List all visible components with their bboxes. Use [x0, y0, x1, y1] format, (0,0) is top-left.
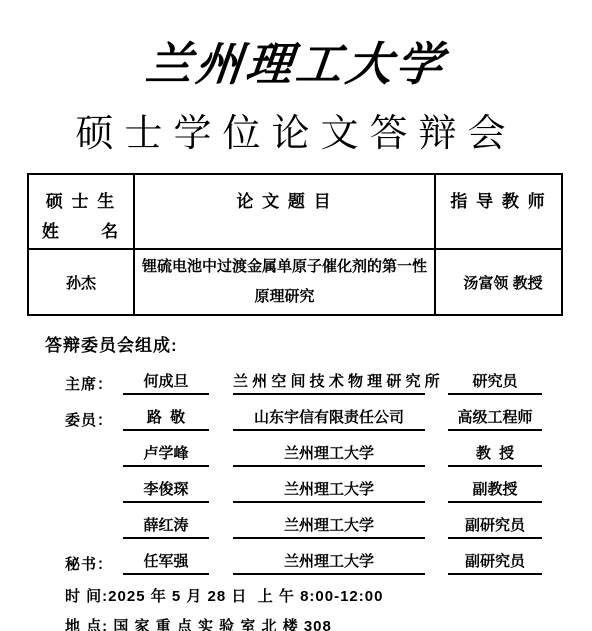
member-organization-field: 兰 州 空 间 技 术 物 理 研 究 所: [233, 372, 425, 395]
committee-row-member-3: 李俊琛 兰州理工大学 副教授: [65, 480, 592, 503]
header-student-line1: 硕 士 生: [29, 187, 133, 217]
role-label: 委员：: [65, 411, 117, 431]
committee-row-member-1: 委员： 路 敬 山东宇信有限责任公司 高级工程师: [65, 408, 592, 431]
role-label: 秘书：: [65, 555, 117, 575]
committee-heading: 答辩委员会组成:: [45, 331, 592, 356]
thesis-title-line1: 锂硫电池中过渡金属单原子催化剂的第一性: [135, 252, 434, 282]
thesis-title-line2: 原理研究: [135, 282, 434, 312]
committee-row-secretary: 秘书： 任军强 兰州理工大学 副研究员: [65, 552, 592, 575]
member-organization-field: 兰州理工大学: [233, 516, 425, 539]
member-organization-field: 兰州理工大学: [233, 552, 425, 575]
committee-row-member-2: 卢学峰 兰州理工大学 教 授: [65, 444, 592, 467]
member-name-field: 薛红涛: [123, 516, 209, 539]
role-label: 主席：: [65, 375, 117, 395]
header-cell-student-name: 硕 士 生 姓 名: [28, 174, 134, 249]
defense-time: 时 间:2025 年 5 月 28 日 上 午 8:00-12:00: [65, 588, 592, 606]
advisor-name-cell: 汤富领 教授: [435, 249, 562, 315]
member-title-field: 高级工程师: [448, 408, 542, 431]
document-page: 兰州理工大学 硕士学位论文答辩会 硕 士 生 姓 名 论 文 题 目 指 导 教…: [0, 0, 592, 631]
committee-row-member-4: 薛红涛 兰州理工大学 副研究员: [65, 516, 592, 539]
table-data-row: 孙杰 锂硫电池中过渡金属单原子催化剂的第一性 原理研究 汤富领 教授: [28, 249, 562, 315]
table-header-row: 硕 士 生 姓 名 论 文 题 目 指 导 教 师: [28, 174, 562, 249]
thesis-info-table: 硕 士 生 姓 名 论 文 题 目 指 导 教 师 孙杰 锂硫电池中过渡金属单原…: [27, 173, 563, 316]
member-title-field: 研究员: [448, 372, 542, 395]
committee-row-chair: 主席： 何成旦 兰 州 空 间 技 术 物 理 研 究 所 研究员: [65, 372, 592, 395]
member-name-field: 何成旦: [123, 372, 209, 395]
page-title: 硕士学位论文答辩会: [0, 108, 592, 160]
member-title-field: 副研究员: [448, 552, 542, 575]
school-calligraphy-logo: 兰州理工大学: [0, 30, 592, 98]
member-organization-field: 山东宇信有限责任公司: [233, 408, 425, 431]
header-student-line2: 姓 名: [29, 217, 133, 247]
defense-location: 地 点: 国 家 重 点 实 验 室 北 楼 308: [65, 618, 592, 631]
member-name-field: 卢学峰: [123, 444, 209, 467]
thesis-title-cell: 锂硫电池中过渡金属单原子催化剂的第一性 原理研究: [134, 249, 435, 315]
member-organization-field: 兰州理工大学: [233, 444, 425, 467]
member-title-field: 教 授: [448, 444, 542, 467]
header-cell-thesis-title: 论 文 题 目: [134, 174, 435, 249]
member-organization-field: 兰州理工大学: [233, 480, 425, 503]
member-title-field: 副教授: [448, 480, 542, 503]
header-cell-advisor: 指 导 教 师: [435, 174, 562, 249]
member-name-field: 李俊琛: [123, 480, 209, 503]
member-name-field: 任军强: [123, 552, 209, 575]
member-name-field: 路 敬: [123, 408, 209, 431]
member-title-field: 副研究员: [448, 516, 542, 539]
committee-list: 主席： 何成旦 兰 州 空 间 技 术 物 理 研 究 所 研究员 委员： 路 …: [0, 372, 592, 575]
student-name-cell: 孙杰: [28, 249, 134, 315]
